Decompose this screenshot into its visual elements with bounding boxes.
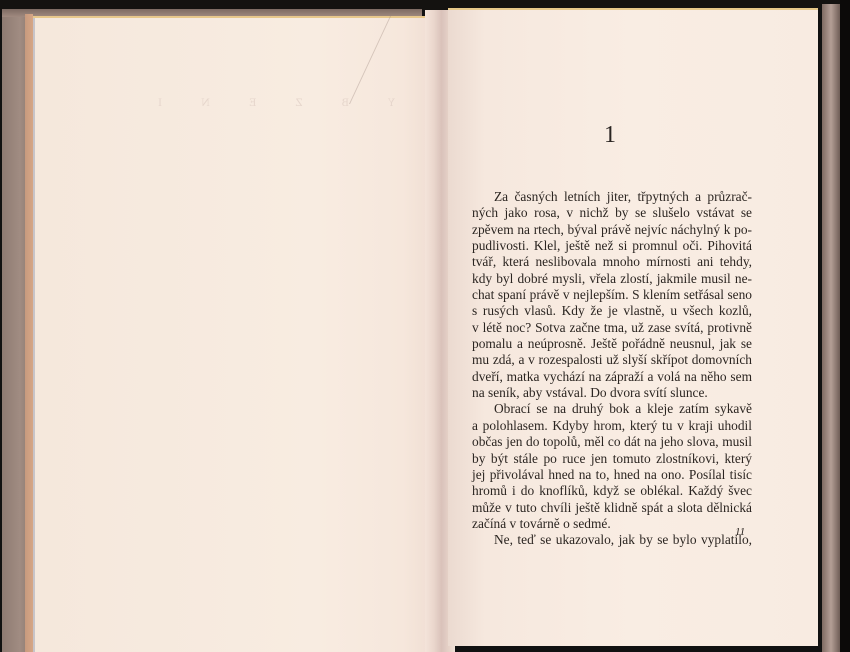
book-cover-edge — [25, 14, 33, 652]
text-line: chat spaní právě v nejlepším. S klením s… — [450, 287, 752, 303]
text-line: tvář, která neslibovala mnoho mírnosti a… — [450, 254, 752, 270]
text-line: v létě noc? Sotva začne tma, už zase sví… — [450, 320, 752, 336]
text-line: hromů i do knoflíků, když se oblékal. Ka… — [450, 483, 752, 499]
text-line: by být stále po ruce jen tomuto zlostník… — [450, 451, 752, 467]
text-line: na seník, aby vstával. Do dvora svítí sl… — [450, 385, 752, 401]
left-page — [33, 16, 435, 652]
text-line: a polohlasem. Kdyby hrom, který tu v kra… — [450, 418, 752, 434]
text-line: dveří, matka vychází na zápraží a volá n… — [450, 369, 752, 385]
paragraph: Ne, teď se ukazovalo, jak by se bylo vyp… — [472, 532, 752, 548]
text-line: Ne, teď se ukazovalo, jak by se bylo vyp… — [472, 532, 752, 548]
scan-edge — [840, 0, 850, 652]
text-line: Obrací se na druhý bok a kleje zatím syk… — [472, 401, 752, 417]
chapter-number: 1 — [598, 122, 622, 149]
text-line: začíná v továrně o sedmé. — [450, 516, 752, 532]
text-line: zpěvem na rtech, býval právě nejvíc nách… — [450, 222, 752, 238]
text-line: jej přivolával hned na to, hned na ono. … — [450, 467, 752, 483]
paragraph: Obrací se na druhý bok a kleje zatím syk… — [472, 401, 752, 532]
text-line: kdy byl dobré mysli, vřela zlostí, jakmi… — [450, 271, 752, 287]
left-page-top-edge — [33, 16, 433, 18]
show-through-text: V Y B Z E N I — [140, 98, 441, 109]
text-line: Za časných letních jiter, třpytných a pr… — [472, 189, 752, 205]
text-line: občas jen do topolů, měl co dát na jeho … — [450, 434, 752, 450]
paragraph: Za časných letních jiter, třpytných a pr… — [472, 189, 752, 401]
page-number: 11 — [735, 526, 745, 538]
text-line: ných jako rosa, v nichž by se slušelo vs… — [450, 205, 752, 221]
text-line: pudlivosti. Klel, ještě než si promnul o… — [450, 238, 752, 254]
book-cover-right — [822, 4, 840, 652]
text-line: mu zdá, a v rozespalosti už slyší skřípo… — [450, 352, 752, 368]
text-line: může v tuto chvíli ještě klidně spát a s… — [450, 500, 752, 516]
text-line: s rusých vlasů. Kdy že je vlastně, u vše… — [450, 303, 752, 319]
chapter-body: Za časných letních jiter, třpytných a pr… — [472, 189, 752, 549]
text-line: pomalu a neúprosně. Ještě pořádně neusnu… — [450, 336, 752, 352]
